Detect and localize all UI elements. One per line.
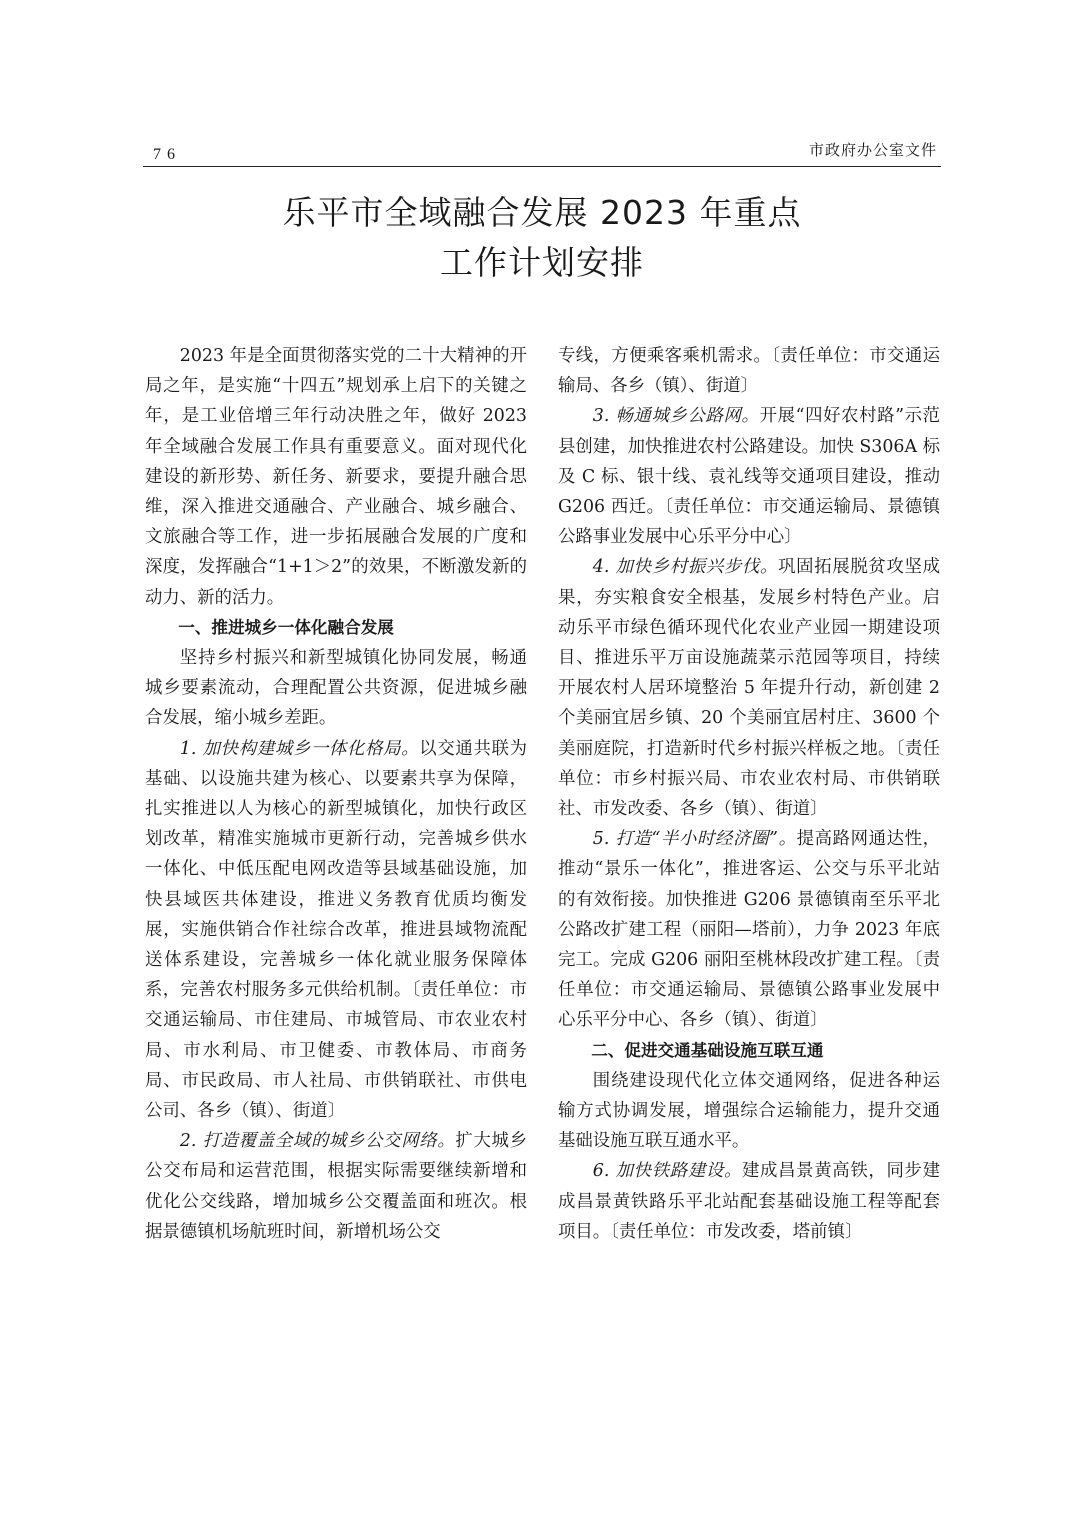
item-5: 5. 打造“半小时经济圈”。提高路网通达性，推动“景乐一体化”，推进客运、公交与… [558,824,940,1035]
item-4-body: 巩固拓展脱贫攻坚成果，夯实粮食安全根基，发展乡村特色产业。启动乐平市绿色循环现代… [558,557,940,819]
section-heading-1: 一、推进城乡一体化融合发展 [145,613,527,643]
left-column: 2023 年是全面贯彻落实党的二十大精神的开局之年，是实施“十四五”规划承上启下… [145,341,527,1247]
item-2: 2. 打造覆盖全域的城乡公交网络。扩大城乡公交布局和运营范围，根据实际需要继续新… [145,1126,527,1247]
item-3-title: 3. 畅通城乡公路网。 [593,406,760,426]
item-4-title: 4. 加快乡村振兴步伐。 [593,557,778,577]
item-1-body: 以交通共联为基础、以设施共建为核心、以要素共享为保障，扎实推进以人为核心的新型城… [145,739,527,1121]
intro-paragraph: 2023 年是全面贯彻落实党的二十大精神的开局之年，是实施“十四五”规划承上启下… [145,341,527,613]
section-heading-2: 二、促进交通基础设施互联互通 [558,1036,940,1066]
item-2-body-part-2: 专线，方便乘客乘机需求。〔责任单位：市交通运输局、各乡（镇）、街道〕 [558,341,940,401]
item-4: 4. 加快乡村振兴步伐。巩固拓展脱贫攻坚成果，夯实粮食安全根基，发展乡村特色产业… [558,552,940,824]
page-header: 76 市政府办公室文件 [143,140,941,167]
title-line-1: 乐平市全域融合发展 2023 年重点 [283,193,802,232]
item-5-body: 提高路网通达性，推动“景乐一体化”，推进客运、公交与乐平北站的有效衔接。加快推进… [558,829,940,1030]
item-6-title: 6. 加快铁路建设。 [593,1161,742,1181]
item-3-body: 开展“四好农村路”示范县创建，加快推进农村公路建设。加快 S306A 标及 C … [558,406,940,547]
page-number: 76 [153,146,181,164]
item-5-title: 5. 打造“半小时经济圈”。 [593,829,797,849]
item-1: 1. 加快构建城乡一体化格局。以交通共联为基础、以设施共建为核心、以要素共享为保… [145,734,527,1127]
title-line-2: 工作计划安排 [440,243,644,282]
section-2-intro: 围绕建设现代化立体交通网络，促进各种运输方式协调发展，增强综合运输能力，提升交通… [558,1066,940,1157]
item-1-title: 1. 加快构建城乡一体化格局。 [180,739,420,759]
section-1-intro: 坚持乡村振兴和新型城镇化协同发展，畅通城乡要素流动，合理配置公共资源，促进城乡融… [145,643,527,734]
running-title: 市政府办公室文件 [809,139,937,160]
document-title: 乐平市全域融合发展 2023 年重点 工作计划安排 [143,188,941,288]
item-3: 3. 畅通城乡公路网。开展“四好农村路”示范县创建，加快推进农村公路建设。加快 … [558,401,940,552]
item-2-title: 2. 打造覆盖全域的城乡公交网络。 [180,1131,456,1151]
right-column: 专线，方便乘客乘机需求。〔责任单位：市交通运输局、各乡（镇）、街道〕 3. 畅通… [558,341,940,1247]
item-6: 6. 加快铁路建设。建成昌景黄高铁，同步建成昌景黄铁路乐平北站配套基础设施工程等… [558,1156,940,1247]
